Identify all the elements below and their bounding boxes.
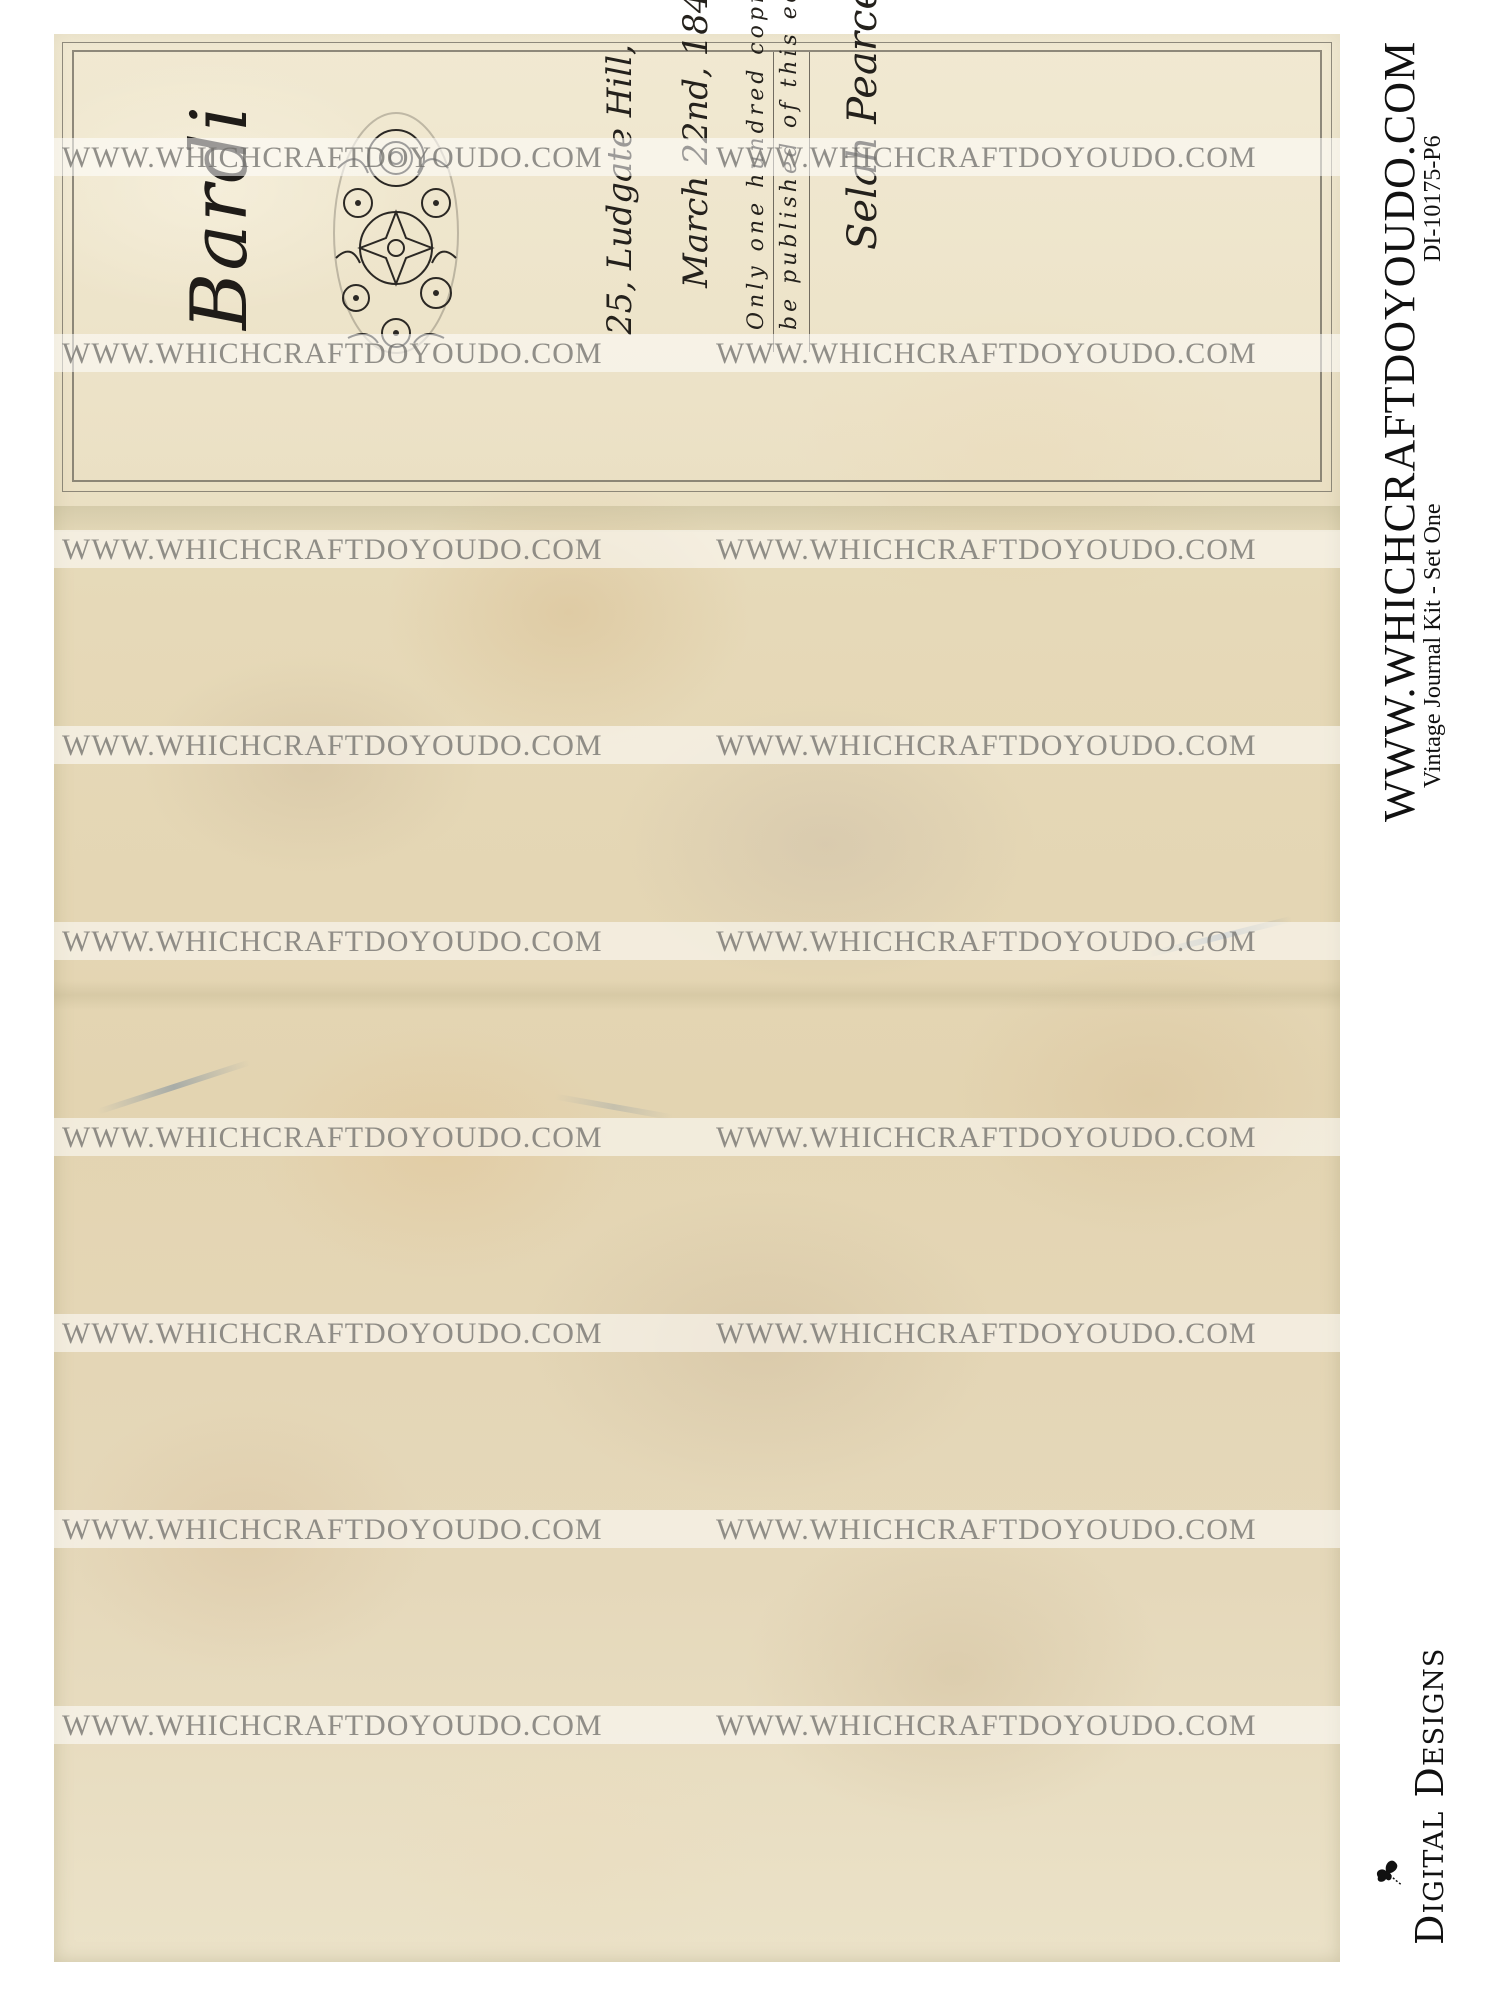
- watermark-band: WWW.WHICHCRAFTDOYOUDO.COMWWW.WHICHCRAFTD…: [54, 530, 1340, 568]
- watermark-text: WWW.WHICHCRAFTDOYOUDO.COM: [62, 1709, 603, 1743]
- watermark-text: WWW.WHICHCRAFTDOYOUDO.COM: [716, 729, 1257, 763]
- watermark-band: WWW.WHICHCRAFTDOYOUDO.COMWWW.WHICHCRAFTD…: [54, 726, 1340, 764]
- watermark-text: WWW.WHICHCRAFTDOYOUDO.COM: [62, 337, 603, 371]
- watermark-text: WWW.WHICHCRAFTDOYOUDO.COM: [716, 1317, 1257, 1351]
- product-title: Vintage Journal Kit - Set One: [1420, 504, 1447, 789]
- watermark-text: WWW.WHICHCRAFTDOYOUDO.COM: [62, 729, 603, 763]
- watermark-text: WWW.WHICHCRAFTDOYOUDO.COM: [62, 1513, 603, 1547]
- watermark-text: WWW.WHICHCRAFTDOYOUDO.COM: [716, 1513, 1257, 1547]
- watermark-text: WWW.WHICHCRAFTDOYOUDO.COM: [62, 1317, 603, 1351]
- watermark-band: WWW.WHICHCRAFTDOYOUDO.COMWWW.WHICHCRAFTD…: [54, 1118, 1340, 1156]
- watermark-band: WWW.WHICHCRAFTDOYOUDO.COMWWW.WHICHCRAFTD…: [54, 922, 1340, 960]
- butterfly-icon: [1372, 1855, 1406, 1889]
- watermark-text: WWW.WHICHCRAFTDOYOUDO.COM: [716, 533, 1257, 567]
- signature: Selah Pearce: [840, 0, 886, 250]
- watermark-text: WWW.WHICHCRAFTDOYOUDO.COM: [716, 1709, 1257, 1743]
- watermark-text: WWW.WHICHCRAFTDOYOUDO.COM: [716, 925, 1257, 959]
- watermark-text: WWW.WHICHCRAFTDOYOUDO.COM: [62, 1121, 603, 1155]
- brand-logo-text: Digital Designs: [1408, 1648, 1452, 1945]
- handwriting-address: 25, Ludgate Hill,: [600, 44, 640, 335]
- watermark-band: WWW.WHICHCRAFTDOYOUDO.COMWWW.WHICHCRAFTD…: [54, 334, 1340, 372]
- watermark-text: WWW.WHICHCRAFTDOYOUDO.COM: [716, 141, 1257, 175]
- ink-streak: [554, 1094, 673, 1121]
- ruled-line: [773, 52, 774, 352]
- watermark-text: WWW.WHICHCRAFTDOYOUDO.COM: [716, 337, 1257, 371]
- watermark-band: WWW.WHICHCRAFTDOYOUDO.COMWWW.WHICHCRAFTD…: [54, 1510, 1340, 1548]
- watermark-band: WWW.WHICHCRAFTDOYOUDO.COMWWW.WHICHCRAFTD…: [54, 1314, 1340, 1352]
- watermark-text: WWW.WHICHCRAFTDOYOUDO.COM: [62, 141, 603, 175]
- watermark-band: WWW.WHICHCRAFTDOYOUDO.COMWWW.WHICHCRAFTD…: [54, 1706, 1340, 1744]
- ruled-line: [809, 52, 810, 352]
- fold-line: [54, 980, 1340, 1010]
- panel-divider-strip: [54, 506, 1340, 532]
- watermark-text: WWW.WHICHCRAFTDOYOUDO.COM: [716, 1121, 1257, 1155]
- watermark-text: WWW.WHICHCRAFTDOYOUDO.COM: [62, 925, 603, 959]
- watermark-text: WWW.WHICHCRAFTDOYOUDO.COM: [62, 533, 603, 567]
- watermark-band: WWW.WHICHCRAFTDOYOUDO.COMWWW.WHICHCRAFTD…: [54, 138, 1340, 176]
- product-code: DI-10175-P6: [1420, 135, 1447, 262]
- ink-streak: [97, 1059, 251, 1114]
- site-url: WWW.WHICHCRAFTDOYOUDO.COM: [1374, 41, 1425, 822]
